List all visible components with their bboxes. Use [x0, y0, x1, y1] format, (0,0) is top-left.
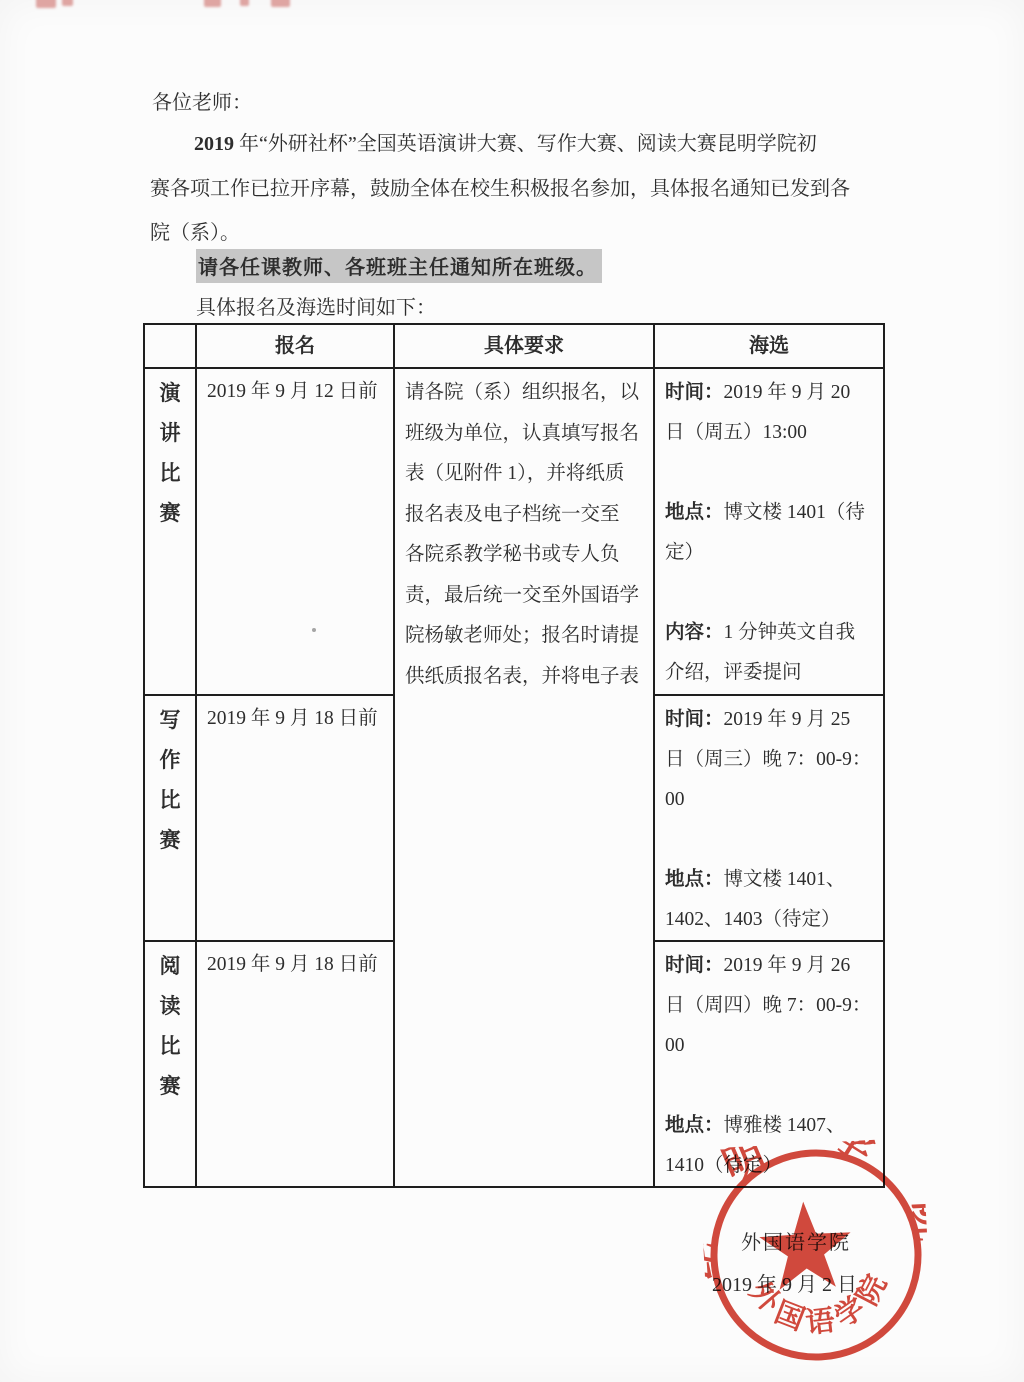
highlighted-instruction: 请各任课教师、各班班主任通知所在班级。	[196, 249, 602, 283]
deadline-speech: 2019 年 9 月 12 日前	[196, 368, 394, 695]
intro-paragraph: 2019 年“外研社杯”全国英语演讲大赛、写作大赛、阅读大赛昆明学院初赛各项工作…	[150, 122, 890, 256]
requirements-cell: 请各院（系）组织报名，以班级为单位，认真填写报名表（见附件 1），并将纸质报名表…	[394, 368, 654, 1187]
deadline-writing: 2019 年 9 月 18 日前	[196, 695, 394, 941]
deadline-reading: 2019 年 9 月 18 日前	[196, 941, 394, 1187]
red-mark	[271, 0, 290, 7]
table-lead-in: 具体报名及海选时间如下：	[196, 291, 436, 320]
header-cell-empty	[144, 324, 196, 368]
header-cell-audition: 海选	[654, 324, 884, 368]
schedule-table: 报名 具体要求 海选 演讲比赛 2019 年 9 月 12 日前 请各院（系）组…	[143, 323, 885, 1188]
header-cell-requirements: 具体要求	[394, 324, 654, 368]
scanned-notice-page: 各位老师： 2019 年“外研社杯”全国英语演讲大赛、写作大赛、阅读大赛昆明学院…	[0, 0, 1024, 1382]
audition-speech: 时间：2019 年 9 月 20日（周五）13:00 地点：博文楼 1401（待…	[654, 368, 884, 695]
red-mark	[240, 0, 249, 6]
audition-reading: 时间：2019 年 9 月 26日（周四）晚 7：00-9：00 地点：博雅楼 …	[654, 941, 884, 1187]
red-mark	[62, 0, 73, 6]
row-label-speech-contest: 演讲比赛	[144, 368, 196, 695]
row-label-writing-contest: 写作比赛	[144, 695, 196, 941]
audition-writing: 时间：2019 年 9 月 25日（周三）晚 7：00-9：00 地点：博文楼 …	[654, 695, 884, 941]
red-mark	[204, 0, 221, 7]
salutation: 各位老师：	[152, 86, 252, 115]
row-label-reading-contest: 阅读比赛	[144, 941, 196, 1187]
signature-date: 2019 年 9 月 2 日	[712, 1268, 857, 1297]
red-mark	[36, 0, 56, 8]
signature-org: 外国语学院	[741, 1226, 851, 1255]
header-cell-registration: 报名	[196, 324, 394, 368]
